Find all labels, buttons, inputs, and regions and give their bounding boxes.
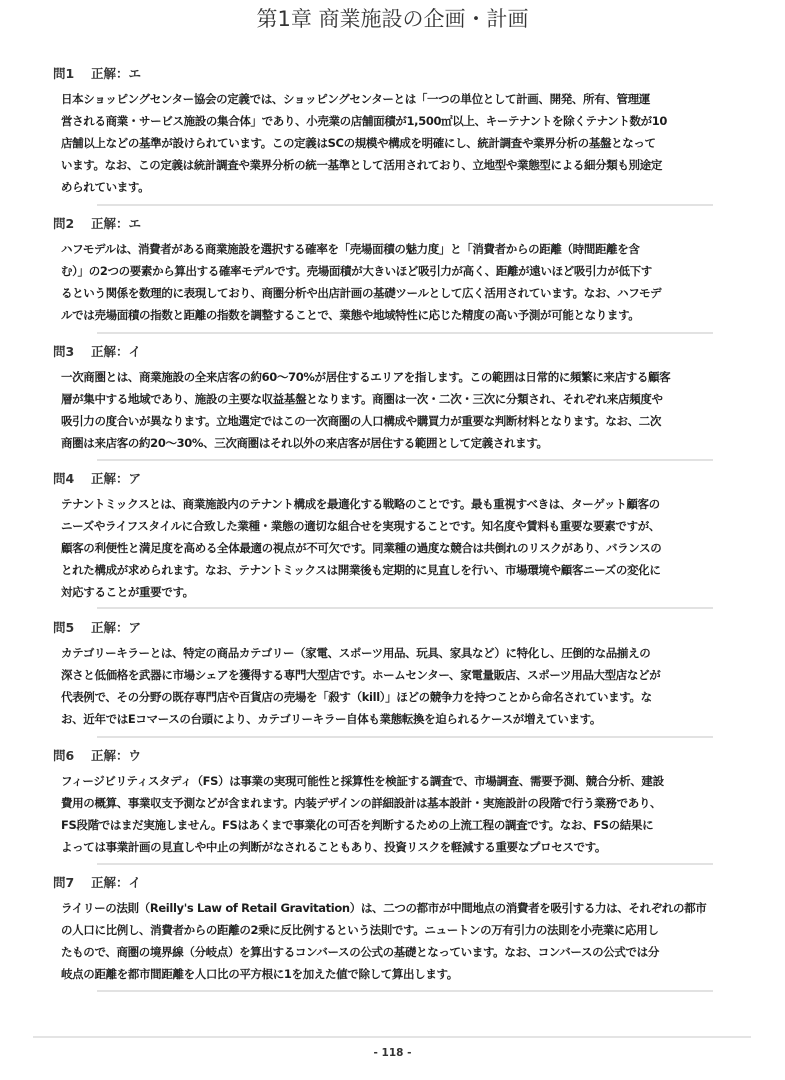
explanation-line: められています。 [61,176,745,198]
answer-label: 正解：エ [91,66,141,81]
explanation-line: 店舗以上などの基準が設けられています。この定義はSCの規模や構成を明確にし、統計… [61,132,745,154]
section-divider [97,736,713,738]
answer-label: 正解：イ [91,875,141,890]
question-number: 問3 [53,344,91,360]
explanation-line: カテゴリーキラーとは、特定の商品カテゴリー（家電、スポーツ用品、玩具、家具など）… [61,642,745,664]
explanation-line: ライリーの法則（Reilly's Law of Retail Gravitati… [61,897,745,919]
question-number: 問7 [53,875,91,891]
question-header: 問5正解：ア [53,620,141,636]
explanation-text: 一次商圏とは、商業施設の全来店客の約60〜70%が居住するエリアを指します。この… [61,366,751,454]
explanation-line: FS段階ではまだ実施しません。FSはあくまで事業化の可否を判断するための上流工程… [61,814,745,836]
page-title: 第1章 商業施設の企画・計画 [0,4,785,34]
explanation-line: 深さと低価格を武器に市場シェアを獲得する専門大型店です。ホームセンター、家電量販… [61,664,745,686]
explanation-line: お、近年ではEコマースの台頭により、カテゴリーキラー自体も業態転換を迫られるケー… [61,708,745,730]
explanation-line: 一次商圏とは、商業施設の全来店客の約60〜70%が居住するエリアを指します。この… [61,366,745,388]
explanation-line: 費用の概算、事業収支予測などが含まれます。内装デザインの詳細設計は基本設計・実施… [61,792,745,814]
question-header: 問7正解：イ [53,875,141,891]
answer-label: 正解：エ [91,216,141,231]
explanation-line: います。なお、この定義は統計調査や業界分析の統一基準として活用されており、立地型… [61,154,745,176]
question-header: 問1正解：エ [53,66,141,82]
explanation-text: テナントミックスとは、商業施設内のテナント構成を最適化する戦略のことです。最も重… [61,493,751,603]
explanation-line: ルでは売場面積の指数と距離の指数を調整することで、業態や地域特性に応じた精度の高… [61,304,745,326]
section-divider [97,863,713,865]
question-number: 問4 [53,471,91,487]
explanation-line: む）」の2つの要素から算出する確率モデルです。売場面積が大きいほど吸引力が高く、… [61,260,745,282]
section-divider [97,607,713,609]
explanation-line: の人口に比例し、消費者からの距離の2乗に反比例するという法則です。ニュートンの万… [61,919,745,941]
page-number: - 118 - [0,1047,785,1059]
explanation-line: 層が集中する地域であり、施設の主要な収益基盤となります。商圏は一次・二次・三次に… [61,388,745,410]
question-number: 問1 [53,66,91,82]
answer-label: 正解：イ [91,344,141,359]
explanation-line: とれた構成が求められます。なお、テナントミックスは開業後も定期的に見直しを行い、… [61,559,745,581]
explanation-line: 営される商業・サービス施設の集合体」であり、小売業の店舗面積が1,500㎡以上、… [61,110,745,132]
answer-label: 正解：ウ [91,748,141,763]
explanation-line: たもので、商圏の境界線（分岐点）を算出するコンバースの公式の基礎となっています。… [61,941,745,963]
explanation-line: るという関係を数理的に表現しており、商圏分析や出店計画の基礎ツールとして広く活用… [61,282,745,304]
question-header: 問2正解：エ [53,216,141,232]
explanation-line: 吸引力の度合いが異なります。立地選定ではこの一次商圏の人口構成や購買力が重要な判… [61,410,745,432]
answer-label: 正解：ア [91,620,141,635]
question-number: 問2 [53,216,91,232]
section-divider [97,332,713,334]
explanation-line: 商圏は来店客の約20〜30%、三次商圏はそれ以外の来店客が居住する範囲として定義… [61,432,745,454]
question-header: 問6正解：ウ [53,748,141,764]
explanation-text: カテゴリーキラーとは、特定の商品カテゴリー（家電、スポーツ用品、玩具、家具など）… [61,642,751,730]
explanation-line: 顧客の利便性と満足度を高める全体最適の視点が不可欠です。同業種の過度な競合は共倒… [61,537,745,559]
explanation-text: ハフモデルは、消費者がある商業施設を選択する確率を「売場面積の魅力度」と「消費者… [61,238,751,326]
question-number: 問5 [53,620,91,636]
section-divider [97,204,713,206]
explanation-line: フィージビリティスタディ（FS）は事業の実現可能性と採算性を検証する調査で、市場… [61,770,745,792]
section-divider [97,459,713,461]
question-header: 問3正解：イ [53,344,141,360]
explanation-line: テナントミックスとは、商業施設内のテナント構成を最適化する戦略のことです。最も重… [61,493,745,515]
explanation-line: ニーズやライフスタイルに合致した業種・業態の適切な組合せを実現することです。知名… [61,515,745,537]
explanation-line: 岐点の距離を都市間距離を人口比の平方根に1を加えた値で除して算出します。 [61,963,745,985]
explanation-text: ライリーの法則（Reilly's Law of Retail Gravitati… [61,897,751,985]
answer-label: 正解：ア [91,471,141,486]
explanation-line: ハフモデルは、消費者がある商業施設を選択する確率を「売場面積の魅力度」と「消費者… [61,238,745,260]
explanation-line: よっては事業計画の見直しや中止の判断がなされることもあり、投資リスクを軽減する重… [61,836,745,858]
explanation-text: 日本ショッピングセンター協会の定義では、ショッピングセンターとは「一つの単位とし… [61,88,751,198]
question-header: 問4正解：ア [53,471,141,487]
explanation-line: 対応することが重要です。 [61,581,745,603]
section-divider [97,990,713,992]
footer-divider [33,1036,751,1038]
explanation-line: 代表例で、その分野の既存専門店や百貨店の売場を「殺す（kill）」ほどの競争力を… [61,686,745,708]
explanation-text: フィージビリティスタディ（FS）は事業の実現可能性と採算性を検証する調査で、市場… [61,770,751,858]
question-number: 問6 [53,748,91,764]
explanation-line: 日本ショッピングセンター協会の定義では、ショッピングセンターとは「一つの単位とし… [61,88,745,110]
